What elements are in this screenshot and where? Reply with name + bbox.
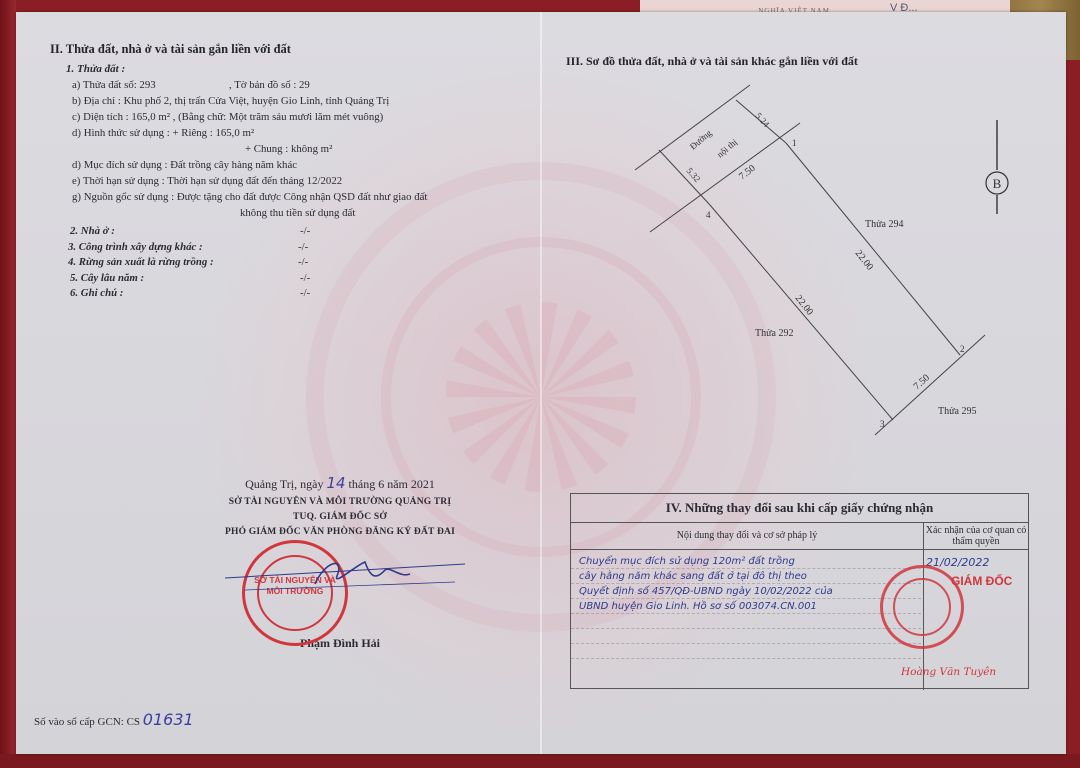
issuer-title: PHÓ GIÁM ĐỐC VĂN PHÒNG ĐĂNG KÝ ĐẤT ĐAI — [190, 527, 490, 537]
changes-col-content: Nội dung thay đổi và cơ sở pháp lý — [571, 523, 924, 549]
other-item-value: -/- — [300, 272, 310, 284]
svg-text:7.50: 7.50 — [737, 163, 758, 182]
other-item-row: 3. Công trình xây dựng khác :-/- — [68, 241, 490, 253]
background-left — [0, 0, 16, 768]
signer-name: Phạm Đình Hải — [190, 636, 490, 651]
other-item-row: 5. Cây lâu năm :-/- — [70, 272, 490, 284]
svg-text:5.24: 5.24 — [754, 111, 772, 130]
other-item-row: 4. Rừng sản xuất là rừng trồng :-/- — [68, 256, 490, 268]
issue-date: Quảng Trị, ngày 14 tháng 6 năm 2021 — [190, 474, 490, 492]
map-sheet-label: , Tờ bản đồ số : — [229, 79, 296, 91]
svg-text:7.50: 7.50 — [912, 372, 932, 392]
confirm-title: GIÁM ĐỐC — [951, 574, 1012, 588]
land-info-section: II. Thửa đất, nhà ở và tài sản gắn liền … — [50, 42, 490, 303]
signature-block: Quảng Trị, ngày 14 tháng 6 năm 2021 SỞ T… — [190, 474, 490, 537]
changes-col-confirmation: Xác nhận của cơ quan có thẩm quyền — [924, 523, 1028, 549]
other-item-label: 2. Nhà ở : — [70, 225, 300, 237]
svg-text:Đường: Đường — [688, 127, 714, 151]
other-item-label: 3. Công trình xây dựng khác : — [68, 241, 298, 253]
change-entry-line: UBND huyện Gio Linh. Hồ sơ số 003074.CN.… — [579, 599, 924, 614]
svg-text:5.32: 5.32 — [685, 166, 703, 184]
date-day: 14 — [326, 474, 345, 492]
parcel-number-line: a) Thửa đất số: 293 , Tờ bản đồ số : 29 — [72, 79, 490, 91]
area-line: c) Diện tích : 165,0 m² , (Bằng chữ: Một… — [72, 111, 490, 123]
usage-form-line: d) Hình thức sử dụng : + Riêng : 165,0 m… — [72, 127, 490, 139]
usage-term-line: e) Thời hạn sử dụng : Thời hạn sử dụng đ… — [72, 175, 490, 187]
signature-icon — [225, 556, 465, 592]
svg-text:Thửa 292: Thửa 292 — [755, 328, 793, 339]
other-items-list: 2. Nhà ở :-/-3. Công trình xây dựng khác… — [50, 225, 490, 299]
address-line: b) Địa chỉ : Khu phố 2, thị trấn Cửa Việ… — [72, 95, 490, 107]
svg-text:4: 4 — [706, 210, 711, 220]
parcel-heading: 1. Thửa đất : — [66, 63, 490, 75]
section-title: II. Thửa đất, nhà ở và tài sản gắn liền … — [50, 42, 490, 57]
other-item-label: 6. Ghi chú : — [70, 287, 300, 299]
usage-purpose-line: d) Mục đích sử dụng : Đất trồng cây hàng… — [72, 159, 490, 171]
changes-header-row: Nội dung thay đổi và cơ sở pháp lý Xác n… — [571, 523, 1028, 550]
changes-title: IV. Những thay đổi sau khi cấp giấy chứn… — [571, 494, 1028, 523]
other-item-row: 2. Nhà ở :-/- — [70, 225, 490, 237]
other-item-row: 6. Ghi chú :-/- — [70, 287, 490, 299]
confirm-name: Hoàng Văn Tuyên — [901, 666, 996, 678]
issuer-authorization: TUQ. GIÁM ĐỐC SỞ — [190, 512, 490, 522]
usage-form-private: + Riêng : 165,0 m² — [172, 127, 254, 139]
change-entry-line: cây hằng năm khác sang đất ở tại đô thị … — [579, 569, 924, 584]
page-fold — [540, 12, 542, 754]
confirmation-stamp — [880, 565, 964, 649]
svg-text:nội thị: nội thị — [715, 137, 740, 160]
svg-text:B: B — [993, 176, 1002, 191]
parcel-diagram: B Đường nội thị 5.24 5.32 7.50 22.00 22.… — [560, 70, 1040, 470]
parcel-number-value: 293 — [139, 79, 155, 91]
change-entry-line: Chuyển mục đích sử dụng 120m² đất trồng — [579, 554, 924, 569]
change-entry: Chuyển mục đích sử dụng 120m² đất trồngc… — [579, 554, 924, 614]
map-sheet-value: 29 — [299, 79, 310, 91]
svg-text:3: 3 — [880, 419, 885, 429]
usage-origin-line: g) Nguồn gốc sử dụng : Được tặng cho đất… — [72, 191, 490, 203]
other-item-label: 5. Cây lâu năm : — [70, 272, 300, 284]
usage-form-common: + Chung : không m² — [245, 143, 490, 155]
registration-value: 01631 — [143, 710, 194, 729]
other-item-value: -/- — [298, 241, 308, 253]
parcel-number-label: a) Thửa đất số: — [72, 79, 137, 91]
svg-text:22.00: 22.00 — [853, 248, 876, 273]
other-item-value: -/- — [300, 225, 310, 237]
change-entry-line: Quyết định số 457/QĐ-UBND ngày 10/02/202… — [579, 584, 924, 599]
registration-label: Số vào sổ cấp GCN: CS — [34, 716, 140, 728]
diagram-section-title: III. Sơ đồ thửa đất, nhà ở và tài sản kh… — [566, 54, 858, 69]
svg-text:1: 1 — [792, 138, 797, 148]
usage-form-label: d) Hình thức sử dụng : — [72, 127, 170, 139]
usage-origin-cont: không thu tiền sử dụng đất — [240, 207, 490, 219]
date-prefix: Quảng Trị, ngày — [245, 477, 323, 491]
svg-text:Thửa 294: Thửa 294 — [865, 219, 903, 230]
background-bottom — [0, 754, 1080, 768]
svg-text:Thửa 295: Thửa 295 — [938, 406, 976, 417]
svg-text:2: 2 — [960, 344, 965, 354]
other-item-label: 4. Rừng sản xuất là rừng trồng : — [68, 256, 298, 268]
other-item-value: -/- — [300, 287, 310, 299]
date-suffix: tháng 6 năm 2021 — [349, 477, 435, 491]
registration-number: Số vào sổ cấp GCN: CS 01631 — [34, 710, 194, 729]
other-item-value: -/- — [298, 256, 308, 268]
issuer-org: SỞ TÀI NGUYÊN VÀ MÔI TRƯỜNG QUẢNG TRỊ — [190, 497, 490, 507]
